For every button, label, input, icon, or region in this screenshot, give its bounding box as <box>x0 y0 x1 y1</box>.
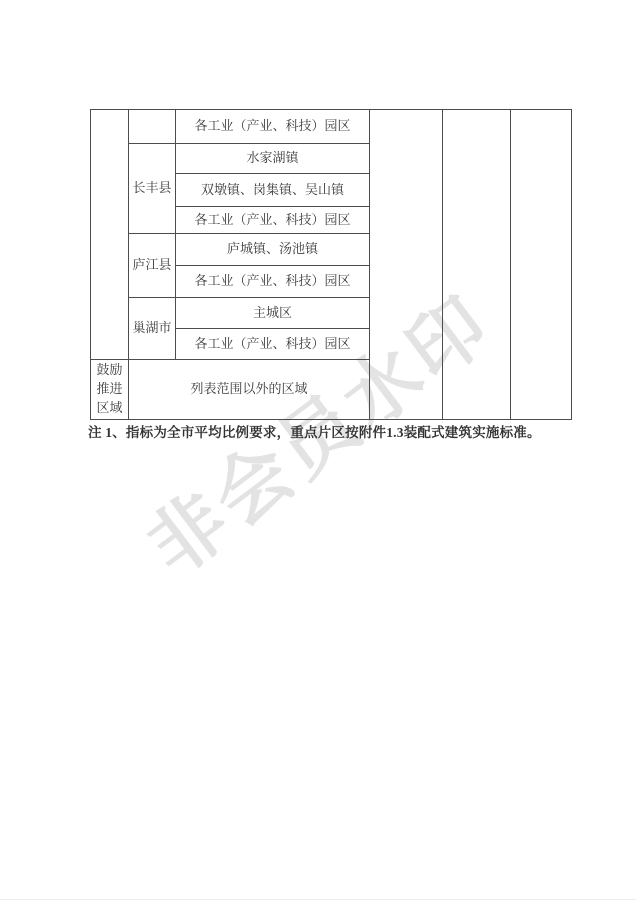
county-cell: 庐江县 <box>129 234 176 298</box>
area-cell: 各工业（产业、科技）园区 <box>176 329 370 360</box>
district-requirements-table: 各工业（产业、科技）园区 长丰县 水家湖镇 双墩镇、岗集镇、吴山镇 各工业（产业… <box>90 109 572 420</box>
region-category-cell: 鼓励推进区域 <box>91 360 129 420</box>
area-cell-merged: 列表范围以外的区域 <box>129 360 370 420</box>
area-cell: 各工业（产业、科技）园区 <box>176 266 370 298</box>
value-column-1-empty-cell <box>370 110 443 420</box>
area-cell: 水家湖镇 <box>176 144 370 174</box>
area-cell: 各工业（产业、科技）园区 <box>176 207 370 234</box>
table-footnote: 注 1、指标为全市平均比例要求，重点片区按附件1.3装配式建筑实施标准。 <box>88 424 558 442</box>
region-category-empty-cell <box>91 110 129 360</box>
document-page: 非会员水印 各工业（产业、科技）园区 长丰县 水家湖镇 <box>0 0 636 900</box>
value-column-2-empty-cell <box>443 110 511 420</box>
area-cell: 各工业（产业、科技）园区 <box>176 110 370 144</box>
county-empty-cell <box>129 110 176 144</box>
county-cell: 长丰县 <box>129 144 176 234</box>
county-cell: 巢湖市 <box>129 298 176 360</box>
area-cell: 双墩镇、岗集镇、吴山镇 <box>176 174 370 207</box>
table-row: 各工业（产业、科技）园区 <box>91 110 572 144</box>
value-column-3-empty-cell <box>511 110 572 420</box>
area-cell: 主城区 <box>176 298 370 329</box>
area-cell: 庐城镇、汤池镇 <box>176 234 370 266</box>
